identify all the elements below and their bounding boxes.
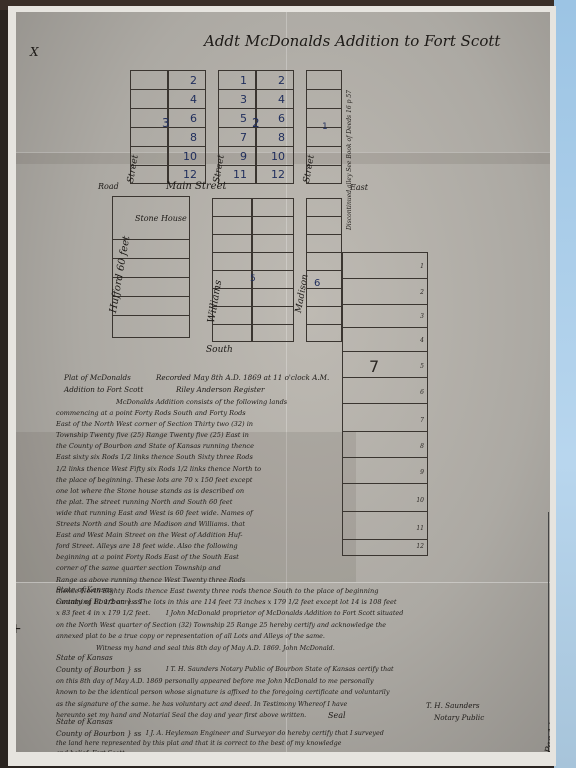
photo-background-right [554, 0, 576, 768]
block-5-east [252, 198, 294, 342]
handwritten-text: the place of beginning. These lots are 7… [56, 475, 397, 486]
handwritten-text: Streets North and South are Madison and … [56, 519, 397, 530]
handwritten-text: 10 [183, 150, 197, 163]
handwritten-text: T. H. Saunders [426, 700, 484, 712]
south-label: South [206, 346, 233, 355]
handwritten-text: 5 [240, 112, 247, 125]
handwritten-text: Recorded May 8th A.D. 1869 at 11 o'clock… [156, 372, 329, 384]
handwritten-text: 1 [240, 74, 247, 87]
handwritten-text: 11 [416, 525, 424, 532]
road-label: Road [98, 183, 119, 191]
block-2-east: 2 4 6 8 10 12 [256, 70, 294, 184]
handwritten-text: Notary Public [426, 712, 484, 724]
block-5-label: 5 [250, 274, 256, 284]
handwritten-text: ford Street. Alleys are 18 feet wide. Al… [56, 541, 397, 552]
handwritten-text: 1/2 links thence West Fifty six Rods 1/2… [56, 464, 397, 475]
handwritten-text: I John McDonald proprietor of McDonalds … [56, 608, 403, 620]
handwritten-text: beginning at a point Forty Rods East of … [56, 552, 397, 563]
handwritten-text: Township Twenty five (25) Range Twenty f… [56, 430, 397, 441]
block-2-label: 2 [252, 116, 260, 130]
handwritten-text: 1 [420, 263, 424, 270]
handwritten-text: 10 [416, 497, 424, 504]
handwritten-text: 11 [233, 168, 247, 181]
alley-note: Discontinued alley See Book of Deeds 16 … [346, 90, 353, 230]
handwritten-text: 10 [271, 150, 285, 163]
block-3-east: 2 4 6 8 10 12 [168, 70, 206, 184]
handwritten-text: 3 [420, 313, 424, 320]
recorded-note: Recorded May 8th A.D. 1869 at 11 o'clock… [156, 372, 329, 395]
handwritten-text: 6 [420, 389, 424, 396]
handwritten-text: 6 [278, 112, 285, 125]
handwritten-text: 4 [190, 93, 197, 106]
owner-certificate: I John McDonald proprietor of McDonalds … [56, 608, 403, 654]
handwritten-text: 9 [240, 150, 247, 163]
handwritten-text: 7 [240, 131, 247, 144]
handwritten-text: 4 [420, 337, 424, 344]
handwritten-text: State of Kansas [56, 652, 141, 664]
plat-document: X + Addt McDonalds Addition to Fort Scot… [16, 12, 550, 752]
margin-rule [548, 512, 549, 752]
handwritten-text: the plat. The street running North and S… [56, 497, 397, 508]
handwritten-text: 8 [190, 131, 197, 144]
block-3-label: 3 [162, 116, 170, 130]
corner-x-mark: X [30, 46, 39, 58]
state-county-1: State of Kansas County of Bourbon } ss [56, 584, 141, 607]
handwritten-text: on the North West quarter of Section (32… [56, 620, 403, 632]
handwritten-text: Addition to Fort Scott [64, 384, 143, 396]
notary-signature: T. H. Saunders Notary Public [426, 700, 484, 723]
handwritten-text: 2 [420, 289, 424, 296]
handwritten-text: commencing at a point Forty Rods South a… [56, 408, 397, 419]
handwritten-text: 9 [420, 469, 424, 476]
stone-house-label: Stone House [135, 215, 187, 223]
handwritten-text: 12 [271, 168, 285, 181]
block-5 [212, 198, 252, 342]
block-6 [306, 198, 342, 342]
handwritten-text: 2 [278, 74, 285, 87]
handwritten-text: one lot where the Stone house stands as … [56, 486, 397, 497]
handwritten-text: State of Kansas [56, 716, 141, 728]
handwritten-text: McDonalds Addition consists of the follo… [56, 397, 397, 408]
handwritten-text: 12 [183, 168, 197, 181]
block-1-label: 1 [322, 122, 328, 132]
handwritten-text: wide that running East and West is 60 fe… [56, 508, 397, 519]
handwritten-text: State of Kansas [56, 584, 141, 596]
handwritten-text: East sixty six Rods 1/2 links thence Sou… [56, 452, 397, 463]
handwritten-text: corner of the same quarter section Towns… [56, 563, 397, 574]
handwritten-text: as the signature of the same. he has vol… [56, 699, 394, 711]
handwritten-text: Riley Anderson Register [156, 384, 329, 396]
handwritten-text: East and West Main Street on the West of… [56, 530, 397, 541]
handwritten-text: annexed plat to be a true copy or repres… [56, 631, 403, 643]
handwritten-text: the County of Bourbon and State of Kansa… [56, 441, 397, 452]
handwritten-text: 12 [416, 543, 424, 550]
handwritten-text: County of Bourbon } ss [56, 596, 141, 608]
page-label: Pag 14 [544, 721, 550, 752]
handwritten-text: I J. A. Heyleman Engineer and Surveyor d… [56, 728, 384, 738]
handwritten-text: 5 [420, 363, 424, 370]
surveyor-certificate: I J. A. Heyleman Engineer and Surveyor d… [56, 728, 384, 752]
document-title: Addt McDonalds Addition to Fort Scott [204, 34, 500, 49]
handwritten-text: on this 8th day of May A.D. 1869 persona… [56, 676, 394, 688]
plat-heading: Plat of McDonalds Addition to Fort Scott [64, 372, 143, 395]
handwritten-text: and belief. Fort Scott [56, 748, 384, 752]
seal-mark: Seal [328, 712, 346, 720]
handwritten-text: 8 [420, 443, 424, 450]
handwritten-text: 7 [420, 417, 424, 424]
east-label: East [350, 184, 368, 192]
handwritten-text: East of the North West corner of Section… [56, 419, 397, 430]
handwritten-text: I T. H. Saunders Notary Public of Bourbo… [56, 664, 394, 676]
main-street-label: Main Street [166, 182, 227, 192]
handwritten-text: 3 [240, 93, 247, 106]
handwritten-text: 8 [278, 131, 285, 144]
handwritten-text: known to be the identical person whose s… [56, 687, 394, 699]
handwritten-text: the land here represented by this plat a… [56, 738, 384, 748]
handwritten-text: 2 [190, 74, 197, 87]
handwritten-text: 4 [278, 93, 285, 106]
handwritten-text: 7 [369, 357, 379, 376]
margin-cross-mark: + [16, 622, 22, 636]
handwritten-text: 6 [190, 112, 197, 125]
handwritten-text: Plat of McDonalds [64, 372, 143, 384]
block-6-label: 6 [314, 278, 320, 289]
